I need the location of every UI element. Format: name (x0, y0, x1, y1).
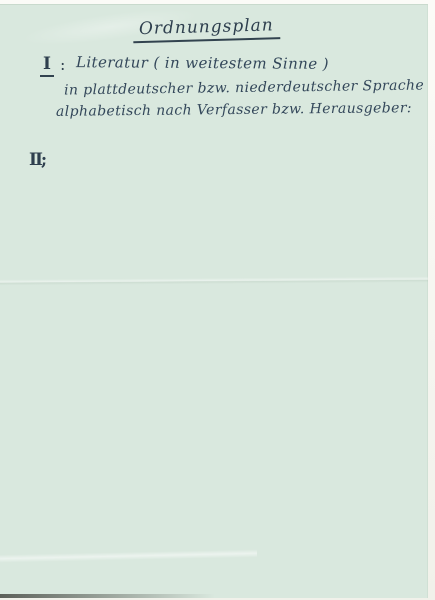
section-numeral-1: I (40, 54, 54, 77)
handwritten-line: in plattdeutscher bzw. niederdeutscher S… (64, 77, 424, 98)
section-numeral-1-separator: : (60, 55, 65, 74)
document-title: Ordnungsplan (132, 15, 279, 43)
section-numeral-2-separator: ; (41, 150, 45, 170)
document-title-row: Ordnungsplan (0, 17, 428, 41)
paper-crease (0, 277, 428, 286)
section-numeral-2-text: II (29, 150, 41, 170)
section-numeral-2: II; (29, 150, 45, 170)
paper-sheet: Ordnungsplan I : Literatur ( in weiteste… (0, 4, 428, 598)
handwritten-line: alphabetisch nach Verfasser bzw. Herausg… (56, 100, 412, 120)
paper-bottom-shadow (0, 594, 215, 598)
paper-crease (0, 549, 257, 562)
scanner-background: Ordnungsplan I : Literatur ( in weiteste… (0, 0, 435, 600)
handwritten-line: Literatur ( in weitestem Sinne ) (76, 53, 329, 73)
